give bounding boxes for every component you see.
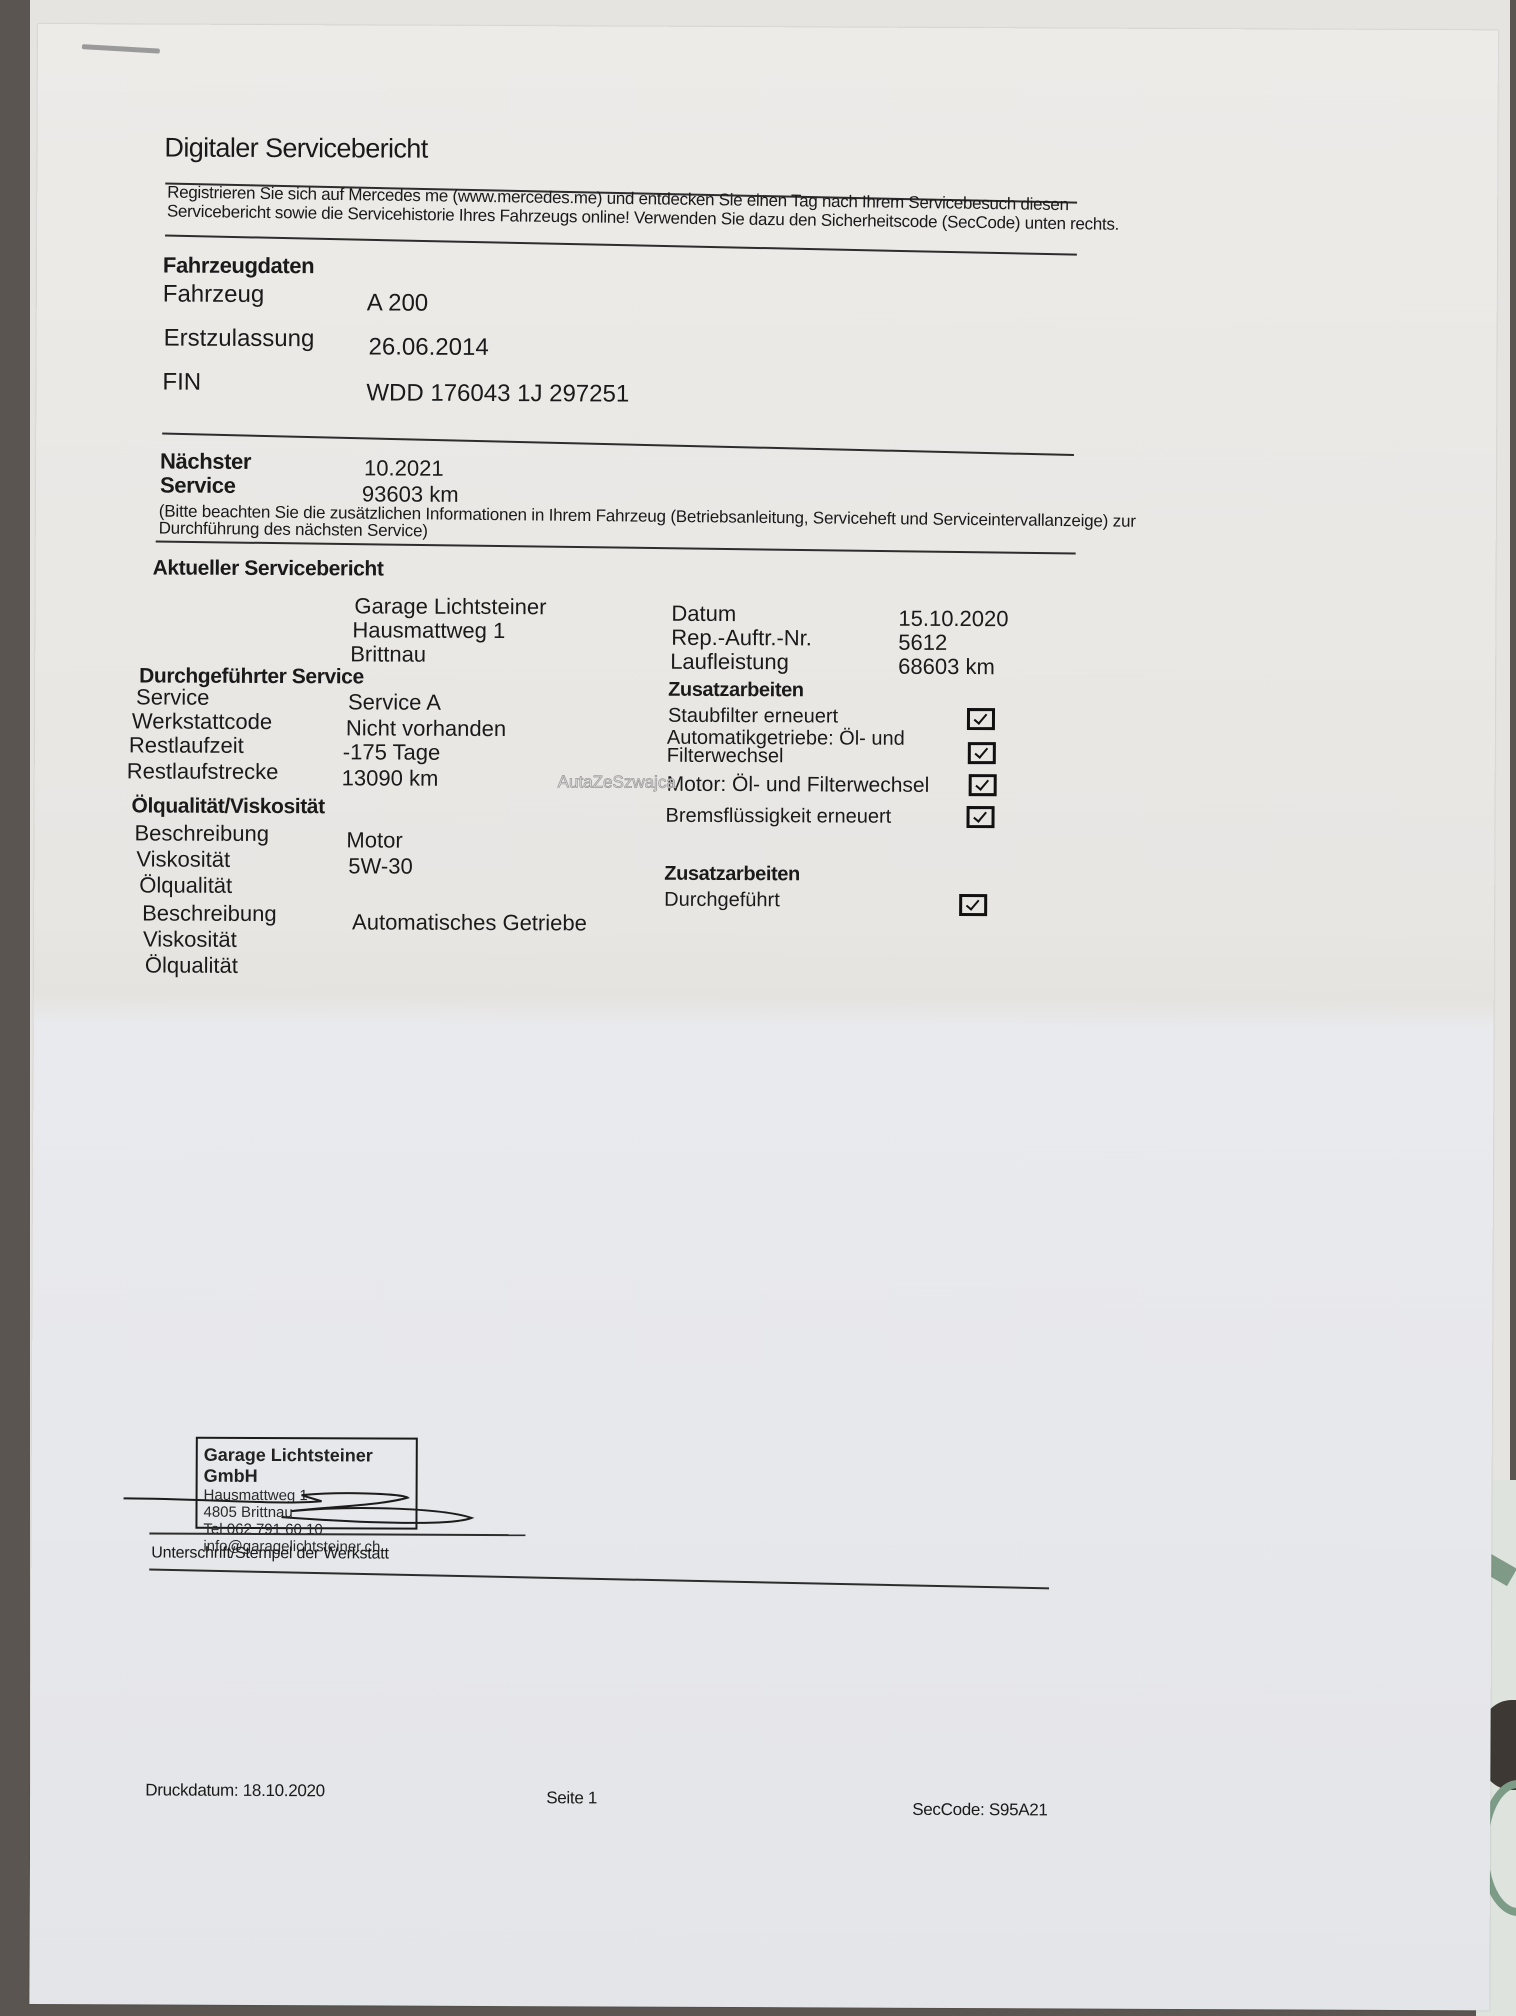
sec-code: SecCode: S95A21 [912,1800,1047,1821]
oil-label: Beschreibung [134,820,269,847]
oil-label: Ölqualität [139,872,232,898]
service-date: 15.10.2020 [898,606,1008,632]
service-label: Restlaufstrecke [127,758,279,785]
garage-street: Hausmattweg 1 [352,617,505,644]
mileage: 68603 km [898,654,995,680]
signature-label: Unterschrift/Stempel der Werkstatt [151,1545,389,1564]
service-report-page: Digitaler Servicebericht Registrieren Si… [29,24,1498,2010]
workshop-code: Nicht vorhanden [346,715,506,742]
service-type: Service A [348,689,441,715]
garage-name: Garage Lichtsteiner [354,593,546,620]
meta-label: Laufleistung [670,649,789,676]
vehicle-heading: Fahrzeugdaten [163,253,314,280]
checkbox-checked-icon[interactable] [968,742,996,764]
current-report-heading: Aktueller Servicebericht [153,557,384,582]
additional-work-heading: Zusatzarbeiten [668,679,804,703]
vehicle-model: A 200 [367,289,429,317]
work-item-label: Bremsflüssigkeit erneuert [665,805,891,829]
divider [162,433,1074,456]
remaining-time: -175 Tage [343,739,441,765]
vehicle-label: Fahrzeug [163,281,265,309]
oil-value: 5W-30 [348,853,413,879]
work-item-label: Motor: Öl- und Filterwechsel [667,773,930,798]
first-registration: 26.06.2014 [369,333,489,362]
garage-city: Brittnau [350,641,426,667]
oil-label: Ölqualität [145,952,238,978]
meta-label: Rep.-Auftr.-Nr. [671,625,812,652]
vehicle-label: FIN [162,369,201,397]
remaining-distance: 13090 km [342,765,439,791]
next-service-label: Service [160,473,236,499]
vehicle-label: Erstzulassung [164,325,315,354]
service-label: Restlaufzeit [129,732,244,759]
next-service-label: Nächster [160,449,251,475]
repair-order-number: 5612 [898,630,947,656]
intro-text: Registrieren Sie sich auf Mercedes me (w… [167,183,1120,234]
vin: WDD 176043 1J 297251 [366,379,629,408]
oil-heading: Ölqualität/Viskosität [132,794,325,819]
divider [149,1569,1049,1590]
signature [121,1464,481,1536]
oil-value: Motor [346,827,402,853]
oil-label: Viskosität [143,926,237,952]
additional-work-heading: Zusatzarbeiten [664,863,800,887]
print-date: Druckdatum: 18.10.2020 [145,1780,325,1801]
page-title: Digitaler Servicebericht [164,133,427,165]
meta-label: Datum [671,601,736,627]
next-service-note: (Bitte beachten Sie die zusätzlichen Inf… [159,503,1136,547]
checkbox-checked-icon[interactable] [967,708,995,730]
work-item-label: Durchgeführt [664,889,780,913]
next-service-date: 10.2021 [364,455,444,481]
checkbox-checked-icon[interactable] [959,894,987,916]
page-number: Seite 1 [546,1788,597,1808]
service-label: Werkstattcode [132,708,272,735]
checkbox-checked-icon[interactable] [967,806,995,828]
staple [82,44,160,53]
service-label: Service [136,684,209,710]
oil-label: Viskosität [136,846,230,872]
work-item-label: Staubfilter erneuert [668,705,838,729]
watermark: AutaZeSzwajca [558,772,676,793]
checkbox-checked-icon[interactable] [969,774,997,796]
oil-label: Beschreibung [142,900,277,927]
work-item-label: Automatikgetriebe: Öl- und Filterwechsel [667,729,905,766]
oil-value: Automatisches Getriebe [352,909,587,936]
